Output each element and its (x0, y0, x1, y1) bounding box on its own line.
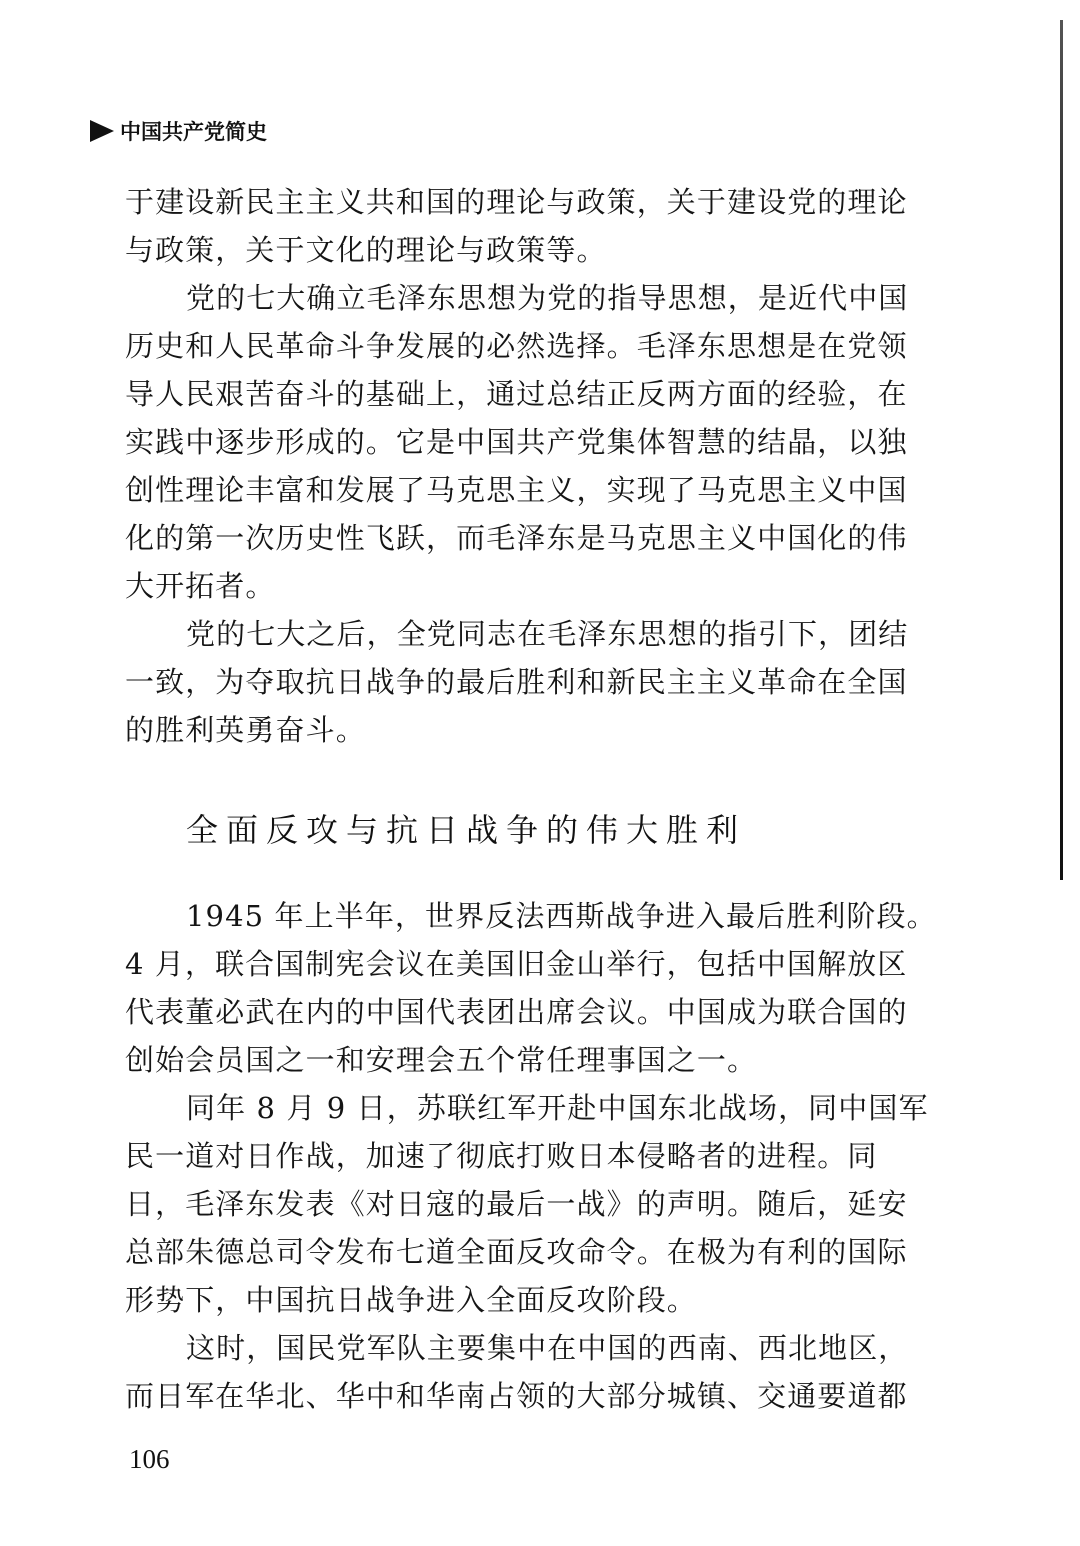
text-line: 形势下，中国抗日战争进入全面反攻阶段。 (125, 1276, 915, 1324)
text-line: 这时，国民党军队主要集中在中国的西南、西北地区， (125, 1324, 915, 1372)
text-line: 的胜利英勇奋斗。 (125, 706, 915, 754)
text-line: 党的七大确立毛泽东思想为党的指导思想，是近代中国 (125, 274, 915, 322)
text-line: 民一道对日作战，加速了彻底打败日本侵略者的进程。同 (125, 1132, 915, 1180)
text-line: 同年 8 月 9 日，苏联红军开赴中国东北战场，同中国军 (125, 1084, 915, 1132)
triangle-right-icon (90, 120, 114, 142)
running-head: 中国共产党简史 (90, 116, 267, 146)
text-line: 创始会员国之一和安理会五个常任理事国之一。 (125, 1036, 915, 1084)
text-line: 大开拓者。 (125, 562, 915, 610)
text-line: 而日军在华北、华中和华南占领的大部分城镇、交通要道都 (125, 1372, 915, 1420)
running-head-title: 中国共产党简史 (120, 116, 267, 146)
text-line: 化的第一次历史性飞跃，而毛泽东是马克思主义中国化的伟 (125, 514, 915, 562)
body-text-bottom: 1945 年上半年，世界反法西斯战争进入最后胜利阶段。4 月，联合国制宪会议在美… (125, 892, 915, 1420)
text-line: 党的七大之后，全党同志在毛泽东思想的指引下，团结 (125, 610, 915, 658)
body-text-top: 于建设新民主主义共和国的理论与政策，关于建设党的理论与政策，关于文化的理论与政策… (125, 178, 915, 754)
text-line: 日，毛泽东发表《对日寇的最后一战》的声明。随后，延安 (125, 1180, 915, 1228)
text-line: 与政策，关于文化的理论与政策等。 (125, 226, 915, 274)
section-heading: 全面反攻与抗日战争的伟大胜利 (186, 806, 746, 854)
text-line: 导人民艰苦奋斗的基础上，通过总结正反两方面的经验，在 (125, 370, 915, 418)
text-line: 创性理论丰富和发展了马克思主义，实现了马克思主义中国 (125, 466, 915, 514)
page-edge-line (1060, 20, 1063, 880)
page-number: 106 (129, 1444, 170, 1475)
text-line: 1945 年上半年，世界反法西斯战争进入最后胜利阶段。 (125, 892, 915, 940)
text-line: 实践中逐步形成的。它是中国共产党集体智慧的结晶，以独 (125, 418, 915, 466)
text-line: 4 月，联合国制宪会议在美国旧金山举行，包括中国解放区 (125, 940, 915, 988)
text-line: 总部朱德总司令发布七道全面反攻命令。在极为有利的国际 (125, 1228, 915, 1276)
text-line: 代表董必武在内的中国代表团出席会议。中国成为联合国的 (125, 988, 915, 1036)
text-line: 历史和人民革命斗争发展的必然选择。毛泽东思想是在党领 (125, 322, 915, 370)
text-line: 一致，为夺取抗日战争的最后胜利和新民主主义革命在全国 (125, 658, 915, 706)
text-line: 于建设新民主主义共和国的理论与政策，关于建设党的理论 (125, 178, 915, 226)
